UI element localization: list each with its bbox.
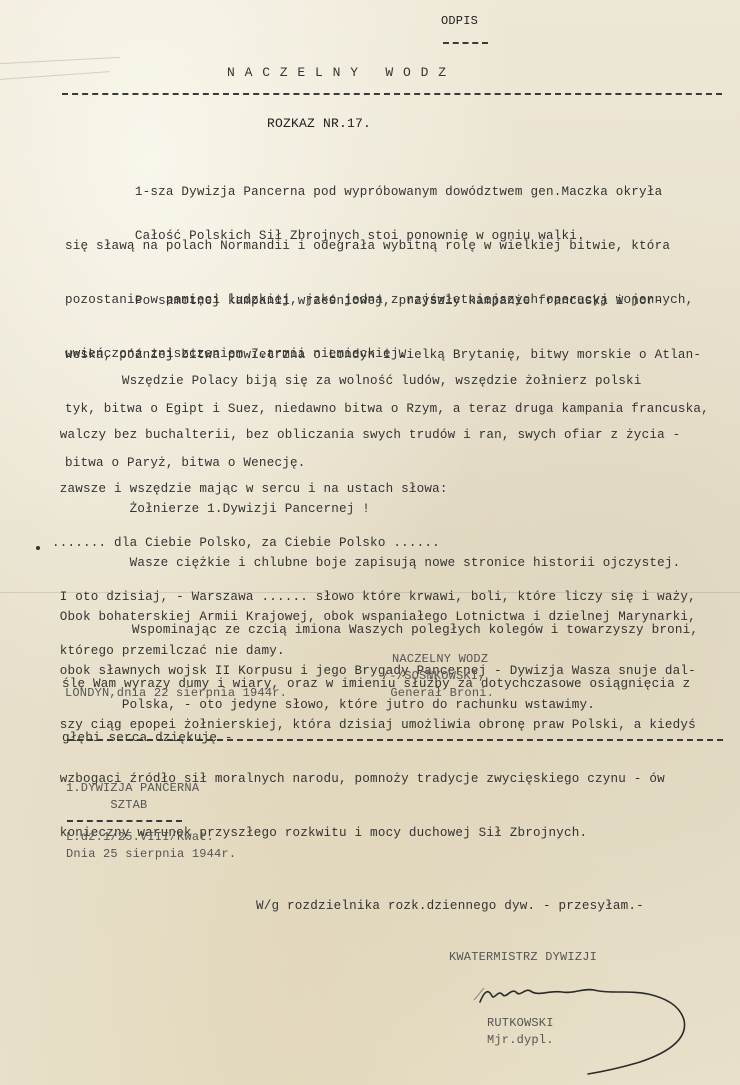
issuer-heading: N A C Z E L N Y W O D Z bbox=[227, 64, 447, 82]
paper-crease bbox=[0, 57, 120, 64]
quartermaster-title: KWATERMISTRZ DYWIZJI bbox=[449, 948, 597, 966]
text-line: walczy bez buchalterii, bez obliczania s… bbox=[52, 426, 696, 444]
section-divider bbox=[67, 739, 723, 741]
paragraph-2: Całość Polskich Sił Zbrojnych stoi ponow… bbox=[65, 227, 585, 245]
signatory-name: /-/SOSNKOWSKI, bbox=[382, 667, 486, 685]
ink-dot bbox=[36, 546, 40, 550]
reference-number: L.dz.1/25.VIII/Kwat. bbox=[66, 828, 214, 846]
text-line: Wspominając ze czcią imiona Waszych pole… bbox=[62, 621, 698, 639]
signatory-title: NACZELNY WODZ bbox=[392, 650, 488, 668]
unit-staff: SZTAB bbox=[66, 796, 147, 814]
text-line: Wszędzie Polacy biją się za wolność ludó… bbox=[52, 372, 696, 390]
unit-underline bbox=[67, 820, 182, 822]
place-date: LONDYN,dnia 22 sierpnia 1944r. bbox=[65, 684, 287, 702]
header-divider bbox=[62, 93, 722, 95]
paper-crease bbox=[0, 71, 110, 80]
document-page: ODPIS N A C Z E L N Y W O D Z ROZKAZ NR.… bbox=[0, 0, 740, 1085]
signatory-rank: Generał Broni. bbox=[383, 684, 494, 702]
text-line: Po samotnej kampanii wrześniowej, przysz… bbox=[65, 292, 709, 310]
text-line: Żołnierze 1.Dywizji Pancernej ! bbox=[52, 500, 696, 518]
text-line: głębi serca dziękuję.- bbox=[62, 729, 698, 747]
forwarding-note: W/g rozdzielnika rozk.dziennego dyw. - p… bbox=[256, 897, 644, 915]
unit-name: 1.DYWIZJA PANCERNA bbox=[66, 779, 199, 797]
text-line: Wasze ciężkie i chlubne boje zapisują no… bbox=[52, 554, 696, 572]
quartermaster-rank: Mjr.dypl. bbox=[487, 1031, 554, 1049]
forwarding-date: Dnia 25 sierpnia 1944r. bbox=[66, 845, 236, 863]
text-line: 1-sza Dywizja Pancerna pod wypróbowanym … bbox=[65, 183, 693, 201]
copy-label: ODPIS bbox=[441, 12, 478, 30]
quartermaster-name: RUTKOWSKI bbox=[487, 1014, 554, 1032]
copy-underline bbox=[443, 42, 488, 44]
order-title: ROZKAZ NR.17. bbox=[267, 115, 371, 133]
